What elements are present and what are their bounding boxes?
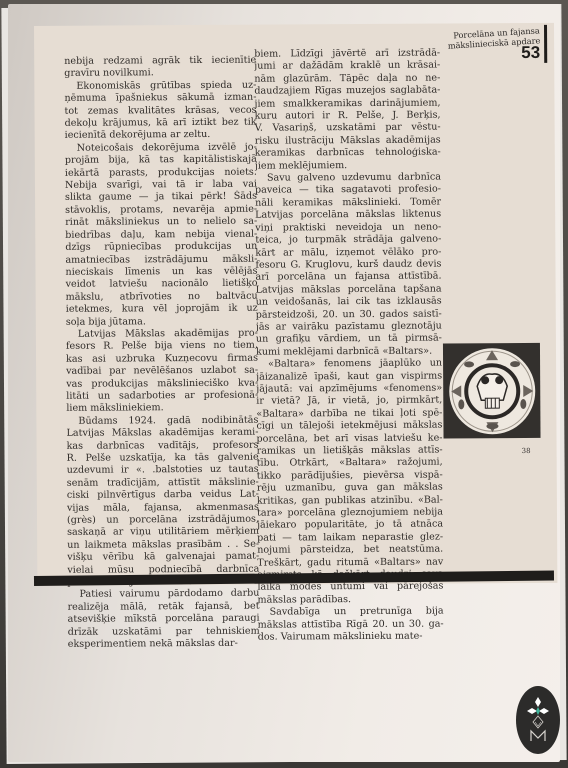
text-line: Nebija svarīgi, vai tā ir laba vai — [65, 179, 257, 193]
text-line: saskaņā ar viņu utilitāriem mērķiem — [67, 526, 259, 540]
text-line: nāli keramikas mākslinieki. Tomēr — [255, 196, 441, 210]
text-line: rināt māksliniekus un to nelielo sa- — [65, 216, 257, 230]
text-line: vas produkcijas mākslinieciško kva- — [66, 377, 258, 391]
text-line: porcelāna, bet arī visas latviešu ke- — [256, 432, 442, 446]
text-line: «Baltara» fenomens jāaplūko un — [256, 358, 442, 372]
text-line: ir vietā? Jā, ir vietā, jo, pirmkārt, — [256, 395, 442, 409]
text-line: ietekmes, kura vēl joprojām ik uz — [66, 303, 258, 317]
plate-icon — [446, 345, 537, 436]
text-line: vadībai par nevēlēšanos uzlabot sa- — [66, 365, 258, 379]
text-line: Noteicošais dekorējuma izvēlē jo- — [65, 141, 257, 155]
text-line: atsevišķie mīkstā porcelāna paraugi — [68, 613, 260, 627]
text-line: liem māksliniekiem. — [66, 402, 258, 416]
text-line: vijas māla, fajansa, akmenmasas — [67, 501, 259, 515]
text-line: kritikas, gan publikas atzinību. «Bal- — [257, 494, 443, 508]
text-line: Ekonomiskās grūtības spieda uz- — [64, 79, 256, 93]
text-line: mākslu, atbrīvoties no baltvācu — [66, 290, 258, 304]
text-line: tara» porcelāna gleznojumiem nebija — [257, 507, 443, 521]
text-line: kas asi uzbruka Kuzņecovu firmas — [66, 352, 258, 366]
text-line: jāiekaro popularitāte, jo tā atnāca — [257, 519, 443, 533]
text-line: kārt ar mālu, izņemot vēlāko pro- — [255, 246, 441, 260]
text-line: slikta gaume — ja tikai pērk! Šāds — [65, 191, 257, 205]
text-line: soļa bija jūtama. — [66, 315, 258, 329]
text-line: Latvijas mākslas porcelāna tapšana — [256, 283, 442, 297]
text-line: Būdams 1924. gadā nodibinātās — [66, 414, 258, 428]
text-column-2: biem. Līdzīgi jāvērtē arī izstrādā-jumi … — [254, 48, 444, 645]
text-line: jājautā: vai apzīmējums «fenomens» — [256, 382, 442, 396]
text-line: keramikas darbnīcas tehnoloģiska- — [255, 147, 441, 161]
text-line: stāvoklis, protams, nevarēja apmie- — [65, 204, 257, 218]
figure-number: 38 — [522, 447, 531, 455]
text-line: senām tradīcijām, attīstīt māksliniе- — [67, 476, 259, 490]
text-line: «Baltara» darbība ne tikai ļoti spē- — [256, 407, 442, 421]
text-line: R. Pelše uzskatīja, ka tās galvenie — [67, 452, 259, 466]
text-line: tību. Otrkārt, «Baltara» ražojumi, — [257, 457, 443, 471]
text-line: nieciskais līmenis un kas vēlējās — [65, 266, 257, 280]
text-line: daudzajiem Rīgas muzejos saglabāta- — [254, 85, 440, 99]
page-number: 53 — [502, 43, 540, 63]
text-line: fesoru G. Kruglovu, kurš daudz devis — [255, 258, 441, 272]
text-line: litāti un sadarboties ar profesionā- — [66, 390, 258, 404]
text-line: un grafiķu vārdiem, un tā pirmsā- — [256, 333, 442, 347]
text-line: dos. Vairumam mākslinieku mate- — [258, 631, 444, 645]
text-line: un veidošanās, lai cik tas izklausās — [256, 296, 442, 310]
text-line: nojumi pārsteidza, bet neatstūma. — [257, 544, 443, 558]
text-line: fesors R. Pelše bija viens no tiem, — [66, 340, 258, 354]
text-line: iecienītā dekorējuma ar zeltu. — [65, 129, 257, 143]
text-line: jiem meklējumiem. — [255, 159, 441, 173]
text-line: Latvijas porcelāna mākslas liktenus — [255, 209, 441, 223]
text-line: Treškārt, gadu ritumā «Baltars» nav — [257, 556, 443, 570]
text-line: kuru autori ir R. Pelše, J. Berķis, — [255, 110, 441, 124]
text-line: un laikmeta mākslas prasībām . . Se- — [67, 538, 259, 552]
text-line: veidot latviešu nacionālo lietišķo — [66, 278, 258, 292]
text-line: (grès) un porcelāna izstrādājumos, — [67, 514, 259, 528]
text-line: biem. Līdzīgi jāvērtē arī izstrādā- — [254, 48, 440, 62]
text-line: paveica — tika sagatavoti profesio- — [255, 184, 441, 198]
scan-sheet: Porcelāna un fajansa mākslinieciskā apda… — [8, 4, 560, 762]
text-line: Savu galveno uzdevumu darbnīca — [255, 172, 441, 186]
text-line: viņi praktiski neveidoja un neno- — [255, 221, 441, 235]
text-line: jāizanalizē īpaši, kaut gan vispirms — [256, 370, 442, 384]
text-line: drīzāk uzskatāmi par tehniskiem — [68, 625, 260, 639]
porcelain-plate-illustration — [443, 343, 541, 439]
text-line: Patiesi vairumu pārdodamo darbu — [67, 588, 259, 602]
text-line: ramikas un lietišķās mākslas attīs- — [257, 445, 443, 459]
text-line: jumi ar dažādām kraklē un krāsai- — [254, 60, 440, 74]
text-line: projām bija, kā tas kapitālistiskajā — [65, 154, 257, 168]
text-line: pārsteidzoši, 20. un 30. gados saistī- — [256, 308, 442, 322]
watermark-logo — [516, 686, 560, 754]
text-line: eksperimentiem nekā mākslas dar- — [68, 638, 260, 652]
text-line: mākslas parādības. — [257, 593, 443, 607]
text-line: nām glazūrām. Tāpēc daļa no ne- — [254, 72, 440, 86]
text-line: jās ar vairāku pazīstamu gleznotāju — [256, 320, 442, 334]
text-line: arī porcelāna un fajansa attīstībā. — [256, 271, 442, 285]
text-line: risku ilustrāciju Mākslas akadēmijas — [255, 134, 441, 148]
text-column-1: nebija redzami agrāk tik iecienītiegravī… — [64, 55, 260, 652]
text-line: cīgi un tālejoši ietekmējusi mākslas — [256, 420, 442, 434]
text-line: mākslas attīstība Rīgā 20. un 30. ga- — [258, 618, 444, 632]
text-line: tot zemas kvalitātes krāsas, vecos — [64, 104, 256, 118]
text-line: višķu vērību kā galvenajai pamat- — [67, 551, 259, 565]
text-line: jiem smalkkeramikas darinājumiem, — [254, 97, 440, 111]
text-line: nebija redzami agrāk tik iecienītie — [64, 55, 256, 69]
text-line: Savdabīga un pretrunīga bija — [258, 606, 444, 620]
text-line: teica, jo turpmāk strādāja galveno- — [255, 234, 441, 248]
text-line: kas darbnīcas vadītājs, profesors — [67, 439, 259, 453]
book-page: Porcelāna un fajansa mākslinieciskā apda… — [34, 23, 557, 586]
text-line: ņēmuma īpašniekus sākumā izman- — [64, 92, 256, 106]
text-line: tikko parādījušies, pievērsa vispā- — [257, 469, 443, 483]
text-line: dzīgs rūpniecības produkcijas un — [65, 241, 257, 255]
text-line: uzdevumi ir «. .balstoties uz tautas — [67, 464, 259, 478]
text-line: ciski pilnvērtīgus darba veidus Lat- — [67, 489, 259, 503]
text-line: gravīru novilkumi. — [64, 67, 256, 81]
text-line: pati — tam laikam neparastie glez- — [257, 531, 443, 545]
text-line: Latvijas Mākslas akadēmijas pro- — [66, 328, 258, 342]
text-line: biedrības daļu, kam nebija vienal- — [65, 228, 257, 242]
text-line: V. Vasariņš, uzskatāmi par vēstu- — [255, 122, 441, 136]
text-line: Latvijas Mākslas akadēmijas kerami- — [66, 427, 258, 441]
text-line: realizēja mālā, retāk fajansā, bet — [68, 601, 260, 615]
text-line: amatniecības izstrādājumu māksli- — [65, 253, 257, 267]
text-line: dekoļu krājumus, kā arī iztikt bez tik — [65, 117, 257, 131]
text-line: kumi meklējami darbnīcā «Baltars». — [256, 345, 442, 359]
text-line: iekārtā parasts, produkcijas noiets. — [65, 166, 257, 180]
text-line: rēju uzmanību, guva gan mākslas — [257, 482, 443, 496]
folk-ornament-logo-icon — [523, 695, 553, 745]
header-vertical-rule — [544, 25, 547, 63]
